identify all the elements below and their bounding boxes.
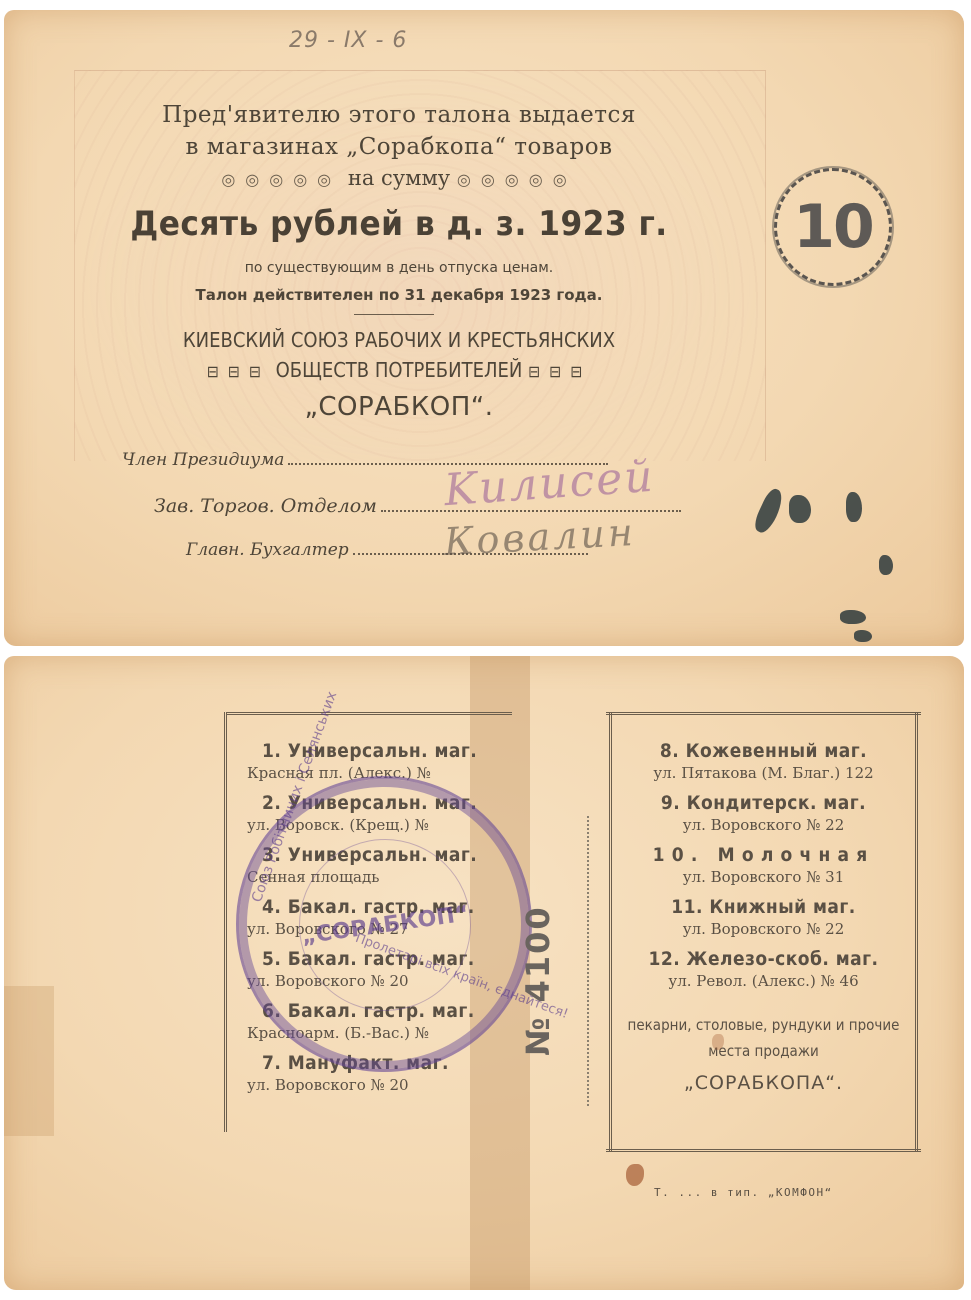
ink-stain	[751, 486, 787, 535]
issuer-name: „СОРАБКОП“.	[94, 392, 704, 422]
signature-label: Главн. Бухгалтер	[186, 540, 349, 560]
shop-list-right: 8. Кожевенный маг.ул. Пятакова (М. Благ.…	[609, 712, 918, 1152]
other-places-brand: „СОРАБКОПА“.	[612, 1072, 915, 1094]
validity-note: Талон действителен по 31 декабря 1923 го…	[94, 286, 704, 304]
ink-stain	[854, 630, 872, 642]
issuer-line-1: КИЕВСКИЙ СОЮЗ РАБОЧИХ И КРЕСТЬЯНСКИХ	[125, 328, 674, 352]
handwritten-signature: Ковалин	[443, 510, 637, 564]
sum-line: ◎◎◎◎◎ на сумму ◎◎◎◎◎	[94, 166, 704, 190]
coupon-front: 29 - IX - 6 Пред'явителю этого талона вы…	[4, 10, 964, 646]
sum-label: на сумму	[348, 166, 450, 190]
issuer-line-2-text: ОБЩЕСТВ ПОТРЕБИТЕЛЕЙ	[276, 358, 523, 382]
coupon-back: 1. Универсальн. маг.Красная пл. (Алекс.)…	[4, 656, 964, 1290]
printer-imprint: Т. ... в тип. „КОМФОН“	[654, 1186, 833, 1199]
ink-stain	[789, 495, 811, 523]
issuer-line-2: ⊟⊟⊟ ОБЩЕСТВ ПОТРЕБИТЕЛЕЙ ⊟⊟⊟	[125, 358, 674, 382]
list-item: 9. Кондитерск. маг.ул. Воровского № 22	[612, 792, 915, 834]
list-item: 10. Молочнаяул. Воровского № 31	[612, 844, 915, 886]
ornament-dots-right: ◎◎◎◎◎	[457, 170, 577, 189]
list-item: 12. Железо-скоб. маг.ул. Револ. (Алекс.)…	[612, 948, 915, 990]
cooperative-stamp: Союз Робітничих і Селянських „СОРАБКОП“ …	[236, 776, 532, 1072]
ink-stain	[846, 492, 862, 522]
ornament-squares-right: ⊟⊟⊟	[528, 362, 591, 381]
tape-band-left	[4, 986, 54, 1136]
ink-stain	[879, 555, 893, 575]
list-item: 11. Книжный маг.ул. Воровского № 22	[612, 896, 915, 938]
pencil-note: 29 - IX - 6	[289, 28, 407, 53]
rust-stain	[626, 1164, 644, 1186]
ink-stain	[840, 610, 866, 624]
prices-note: по существующим в день отпуска ценам.	[94, 260, 704, 276]
perforation	[587, 816, 589, 1106]
other-places-note: пекарни, столовые, рундуки и прочие мест…	[627, 1012, 900, 1064]
signature-label: Зав. Торгов. Отделом	[154, 495, 377, 517]
list-item: 8. Кожевенный маг.ул. Пятакова (М. Благ.…	[612, 740, 915, 782]
divider	[354, 314, 434, 315]
denomination-seal: 10	[774, 168, 892, 286]
serial-number: № 4100	[519, 905, 557, 1056]
ornament-squares-left: ⊟⊟⊟	[207, 362, 270, 381]
denomination-value: 10	[793, 192, 873, 262]
signature-label: Член Президиума	[122, 450, 284, 470]
bearer-line: Пред'явителю этого талона выдается	[94, 102, 704, 128]
ornament-dots-left: ◎◎◎◎◎	[221, 170, 341, 189]
amount-heading: Десять рублей в д. з. 1923 г.	[118, 204, 679, 244]
stores-line: в магазинах „Сорабкопа“ товаров	[94, 134, 704, 160]
